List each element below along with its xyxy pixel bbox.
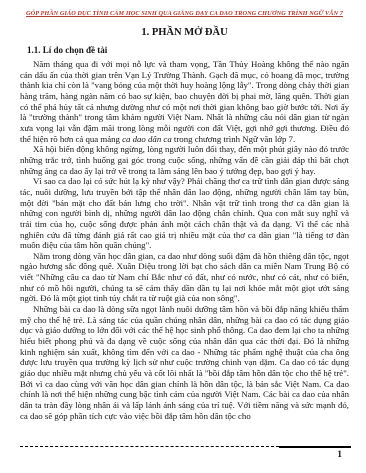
paragraph: Nằm trong dòng văn học dân gian, ca dao … xyxy=(20,251,349,304)
paragraph: Năm tháng qua đi với mọi nỗ lực và tham … xyxy=(20,59,349,144)
section-heading: 1.1. Lí do chọn đề tài xyxy=(20,45,349,55)
page-footer: 1 xyxy=(20,445,351,460)
paragraph-italic-run: ca dao dân ca xyxy=(122,134,172,144)
paragraph-run: Xã hội biến động không ngừng, lòng người… xyxy=(20,144,349,175)
page-title: 1. PHẦN MỞ ĐẦU xyxy=(20,27,349,38)
paragraph-run: trong chương trình Ngữ văn lớp 7. xyxy=(172,134,295,144)
footer-solid-line xyxy=(279,446,351,448)
paragraph-run: Vì sao ca dao lại có sức hút lạ kỳ như v… xyxy=(20,176,349,250)
paragraph: Vì sao ca dao lại có sức hút lạ kỳ như v… xyxy=(20,176,349,251)
paragraph: Xã hội biến động không ngừng, lòng người… xyxy=(20,144,349,176)
paragraph-run: Nằm trong dòng văn học dân gian, ca dao … xyxy=(20,251,349,304)
paragraph-run: Những bài ca dao là dòng sữa ngọt lành n… xyxy=(20,304,349,421)
footer-dashed-line xyxy=(20,446,279,447)
running-header: GÓP PHẦN GIÁO DỤC TÌNH CẢM HỌC SINH QUA … xyxy=(20,10,349,17)
paragraph-run: Năm tháng qua đi với mọi nỗ lực và tham … xyxy=(20,59,349,144)
document-page: GÓP PHẦN GIÁO DỤC TÌNH CẢM HỌC SINH QUA … xyxy=(0,0,366,473)
footer-rule xyxy=(20,445,351,448)
page-number: 1 xyxy=(20,450,351,460)
body-paragraphs: Năm tháng qua đi với mọi nỗ lực và tham … xyxy=(20,59,349,421)
paragraph: Những bài ca dao là dòng sữa ngọt lành n… xyxy=(20,304,349,421)
